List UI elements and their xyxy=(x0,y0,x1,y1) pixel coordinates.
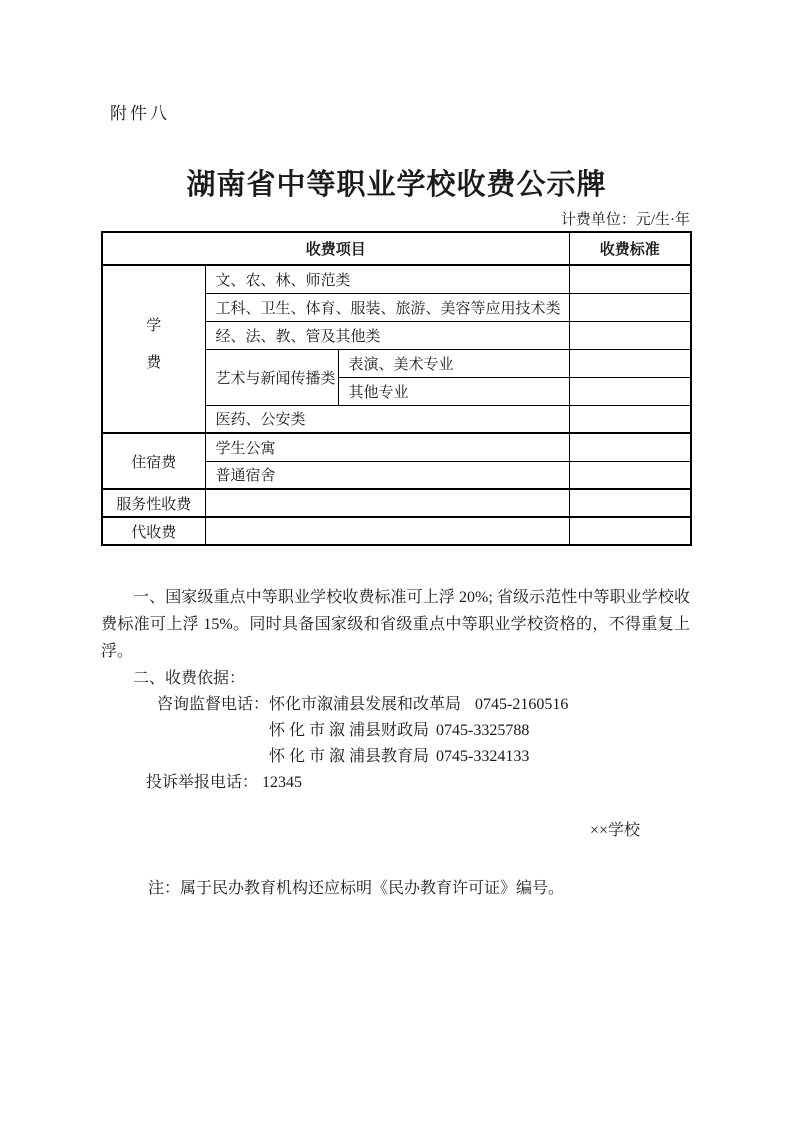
consult-phone-line: 咨询监督电话：怀化市溆浦县发展和改革局0745-2160516 xyxy=(157,692,690,718)
fee-item-cell xyxy=(205,489,569,517)
billing-unit-note: 计费单位：元/生·年 xyxy=(101,208,690,229)
complaint-phone-number: 12345 xyxy=(262,774,302,791)
complaint-phone-line: 投诉举报电话：12345 xyxy=(146,770,690,796)
footnote: 注：属于民办教育机构还应标明《民办教育许可证》编号。 xyxy=(148,876,690,902)
consult-phone-line: 怀 化 市 溆 浦县教育局0745-3324133 xyxy=(157,744,690,770)
school-signature: ××学校 xyxy=(101,818,690,844)
tuition-label-char-top: 学 xyxy=(146,314,161,335)
fee-item-cell: 表演、美术专业 xyxy=(338,349,569,377)
header-fee-item: 收费项目 xyxy=(102,232,569,265)
consult-org: 怀化市溆浦县发展和改革局 xyxy=(269,696,461,713)
fee-item-cell: 普通宿舍 xyxy=(205,461,569,489)
fee-standard-cell xyxy=(569,349,691,377)
notes-section: 一、国家级重点中等职业学校收费标准可上浮 20%; 省级示范性中等职业学校收费标… xyxy=(101,584,690,902)
attachment-label: 附件八 xyxy=(110,99,170,124)
fee-standard-cell xyxy=(569,433,691,461)
fee-standard-cell xyxy=(569,377,691,405)
fee-item-cell: 医药、公安类 xyxy=(205,405,569,433)
fee-standard-cell xyxy=(569,265,691,293)
fee-table: 收费项目 收费标准 学 费 文、农、林、师范类 工科、卫生、体育、服装、旅游、美… xyxy=(101,231,692,546)
consult-phone-block: 咨询监督电话：怀化市溆浦县发展和改革局0745-2160516 怀 化 市 溆 … xyxy=(157,692,690,770)
fee-standard-cell xyxy=(569,517,691,545)
fee-standard-cell xyxy=(569,405,691,433)
service-fee-label-cell: 服务性收费 xyxy=(102,489,205,517)
table-header-row: 收费项目 收费标准 xyxy=(102,232,691,265)
consult-phone-number: 0745-3325788 xyxy=(436,722,529,739)
table-row: 服务性收费 xyxy=(102,489,691,517)
consult-phone-line: 怀 化 市 溆 浦县财政局0745-3325788 xyxy=(157,718,690,744)
collection-fee-label-cell: 代收费 xyxy=(102,517,205,545)
arts-category-cell: 艺术与新闻传播类 xyxy=(205,349,338,405)
header-fee-standard: 收费标准 xyxy=(569,232,691,265)
tuition-label-char-bottom: 费 xyxy=(146,351,161,372)
table-row: 学 费 文、农、林、师范类 xyxy=(102,265,691,293)
consult-phone-number: 0745-3324133 xyxy=(436,748,529,765)
note-paragraph-1: 一、国家级重点中等职业学校收费标准可上浮 20%; 省级示范性中等职业学校收费标… xyxy=(101,584,690,665)
fee-item-cell: 其他专业 xyxy=(338,377,569,405)
consult-org: 怀 化 市 溆 浦县教育局 xyxy=(269,748,429,765)
page-title: 湖南省中等职业学校收费公示牌 xyxy=(0,162,793,203)
fee-item-cell: 学生公寓 xyxy=(205,433,569,461)
tuition-label-cell: 学 费 xyxy=(102,265,205,433)
fee-item-cell: 经、法、教、管及其他类 xyxy=(205,321,569,349)
fee-item-cell: 文、农、林、师范类 xyxy=(205,265,569,293)
note-paragraph-2: 二、收费依据： xyxy=(101,665,690,692)
fee-standard-cell xyxy=(569,321,691,349)
fee-item-cell: 工科、卫生、体育、服装、旅游、美容等应用技术类 xyxy=(205,293,569,321)
consult-org: 怀 化 市 溆 浦县财政局 xyxy=(269,722,429,739)
tuition-label-stack: 学 费 xyxy=(103,265,205,423)
document-page: 附件八 湖南省中等职业学校收费公示牌 计费单位：元/生·年 收费项目 收费标准 … xyxy=(0,0,793,1122)
fee-standard-cell xyxy=(569,461,691,489)
consult-label: 咨询监督电话： xyxy=(157,696,269,713)
fee-standard-cell xyxy=(569,293,691,321)
table-row: 代收费 xyxy=(102,517,691,545)
complaint-label: 投诉举报电话： xyxy=(146,774,258,791)
fee-item-cell xyxy=(205,517,569,545)
fee-standard-cell xyxy=(569,489,691,517)
consult-phone-number: 0745-2160516 xyxy=(475,696,568,713)
table-row: 住宿费 学生公寓 xyxy=(102,433,691,461)
accommodation-label-cell: 住宿费 xyxy=(102,433,205,489)
